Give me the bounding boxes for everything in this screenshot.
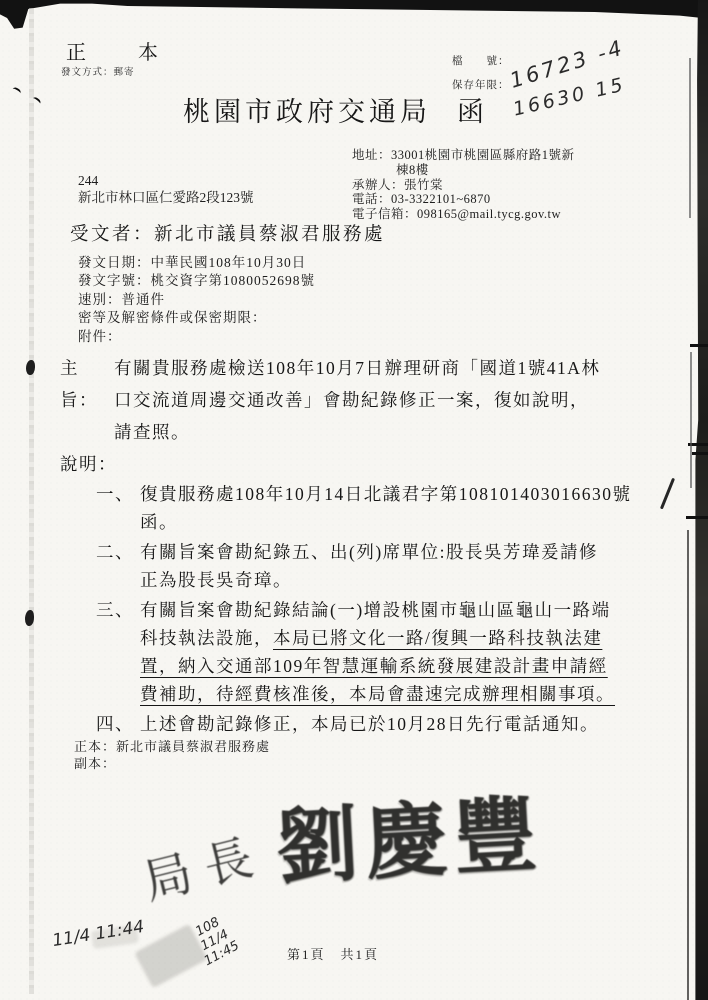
signature-block: 局長劉慶豐 xyxy=(138,776,543,893)
subject-line: 請查照。 xyxy=(114,416,600,448)
scan-edge-tick xyxy=(686,516,708,519)
recipient-line: 受文者：新北市議員蔡淑君服務處 xyxy=(70,220,385,246)
copy-type-label: 正 本 xyxy=(66,36,174,65)
scan-edge-tick xyxy=(692,452,708,455)
doc-number: 發文字號：桃交資字第1080052698號 xyxy=(78,272,315,290)
scan-line xyxy=(689,58,691,218)
explanation-item-3: 三、 有關旨案會勘紀錄結論(一)增設桃園市龜山區龜山一路端 科技執法設施，本局已… xyxy=(96,596,678,708)
sender-phone: 電話：03-3322101~6870 xyxy=(352,192,575,207)
sender-info-block: 地址：33001桃園市桃園區縣府路1號新 棟8樓 承辦人：張竹棠 電話：03-3… xyxy=(352,148,575,222)
sender-address-line2: 棟8樓 xyxy=(352,163,575,178)
carbon-copy-line: 副本： xyxy=(74,755,270,772)
file-number-block: 檔 號： 保存年限： xyxy=(452,50,510,98)
sender-email: 電子信箱：098165@mail.tycg.gov.tw xyxy=(352,207,575,222)
original-copy-line: 正本：新北市議員蔡淑君服務處 xyxy=(74,738,270,755)
item-line: 置，納入交通部109年智慧運輸系統發展建設計畫申請經 xyxy=(140,652,678,680)
sender-address-line1: 地址：33001桃園市桃園區縣府路1號新 xyxy=(352,148,575,163)
item-number: 三、 xyxy=(96,596,140,708)
attachment-label: 附件： xyxy=(78,328,315,346)
file-no-label: 檔 號： xyxy=(452,50,510,74)
item-line: 上述會勘記錄修正，本局已於10月28日先行電話通知。 xyxy=(140,710,678,738)
document-meta-block: 發文日期：中華民國108年10月30日 發文字號：桃交資字第1080052698… xyxy=(78,254,315,346)
signature-title: 局長 xyxy=(135,816,272,913)
item-number: 二、 xyxy=(96,538,140,594)
scanned-official-letter: 正 本 發文方式：郵寄 桃園市政府交通局函 檔 號： 保存年限： 16723 -… xyxy=(0,0,708,1000)
scan-mark xyxy=(11,86,22,96)
subject-label: 主旨： xyxy=(60,352,114,448)
delivery-method-label: 發文方式：郵寄 xyxy=(61,64,135,78)
item-line: 科技執法設施，本局已將文化一路/復興一路科技執法建 xyxy=(140,624,678,652)
subject-line: 有關貴服務處檢送108年10月7日辦理研商「國道1號41A林 xyxy=(114,352,600,384)
item-number: 四、 xyxy=(96,710,140,738)
item-line: 復貴服務處108年10月14日北議君字第108101403016630號 xyxy=(140,480,678,508)
page-number: 第1頁 共1頁 xyxy=(287,944,379,963)
explanation-item-4: 四、 上述會勘記錄修正，本局已於10月28日先行電話通知。 xyxy=(96,710,678,738)
subject-section: 主旨： 有關貴服務處檢送108年10月7日辦理研商「國道1號41A林 口交流道周… xyxy=(60,352,678,448)
letter-body: 主旨： 有關貴服務處檢送108年10月7日辦理研商「國道1號41A林 口交流道周… xyxy=(60,352,678,738)
doc-date: 發文日期：中華民國108年10月30日 xyxy=(78,254,315,272)
explanation-item-2: 二、 有關旨案會勘紀錄五、出(列)席單位:股長吳芳瑋爰請修 正為股長吳奇璋。 xyxy=(96,538,678,594)
explanation-item-1: 一、 復貴服務處108年10月14日北議君字第108101403016630號 … xyxy=(96,480,678,536)
scan-edge-tick xyxy=(690,344,708,347)
security-class: 密等及解密條件或保密期限： xyxy=(78,309,315,327)
org-title: 桃園市政府交通局 xyxy=(183,97,431,127)
item-line: 正為股長吳奇璋。 xyxy=(140,566,678,594)
speed-class: 速別：普通件 xyxy=(78,291,315,309)
explanation-label: 說明： xyxy=(60,450,678,478)
retention-label: 保存年限： xyxy=(452,74,510,98)
scan-line xyxy=(690,352,692,488)
recipient-address-block: 244 新北市林口區仁愛路2段123號 xyxy=(78,172,254,206)
recipient-street-address: 新北市林口區仁愛路2段123號 xyxy=(78,189,254,206)
item-line: 有關旨案會勘紀錄五、出(列)席單位:股長吳芳瑋爰請修 xyxy=(140,538,678,566)
copies-block: 正本：新北市議員蔡淑君服務處 副本： xyxy=(74,738,270,772)
scan-fold-smudge xyxy=(29,8,34,994)
subject-line: 口交流道周邊交通改善」會勘紀錄修正一案，復如說明， xyxy=(114,384,600,416)
item-line: 費補助，待經費核准後，本局會盡速完成辦理相關事項。 xyxy=(140,680,678,708)
doc-type-label: 函 xyxy=(457,97,488,127)
item-line: 有關旨案會勘紀錄結論(一)增設桃園市龜山區龜山一路端 xyxy=(140,596,678,624)
sender-contact-person: 承辦人：張竹棠 xyxy=(352,178,575,193)
document-title: 桃園市政府交通局函 xyxy=(183,90,488,129)
item-line: 函。 xyxy=(140,508,678,536)
signature-name-stamp: 劉慶豐 xyxy=(273,769,546,900)
scan-top-edge xyxy=(0,0,708,30)
scan-right-edge xyxy=(694,0,708,1000)
recipient-postal-code: 244 xyxy=(78,172,254,189)
scan-line xyxy=(687,530,689,1000)
item-number: 一、 xyxy=(96,480,140,536)
